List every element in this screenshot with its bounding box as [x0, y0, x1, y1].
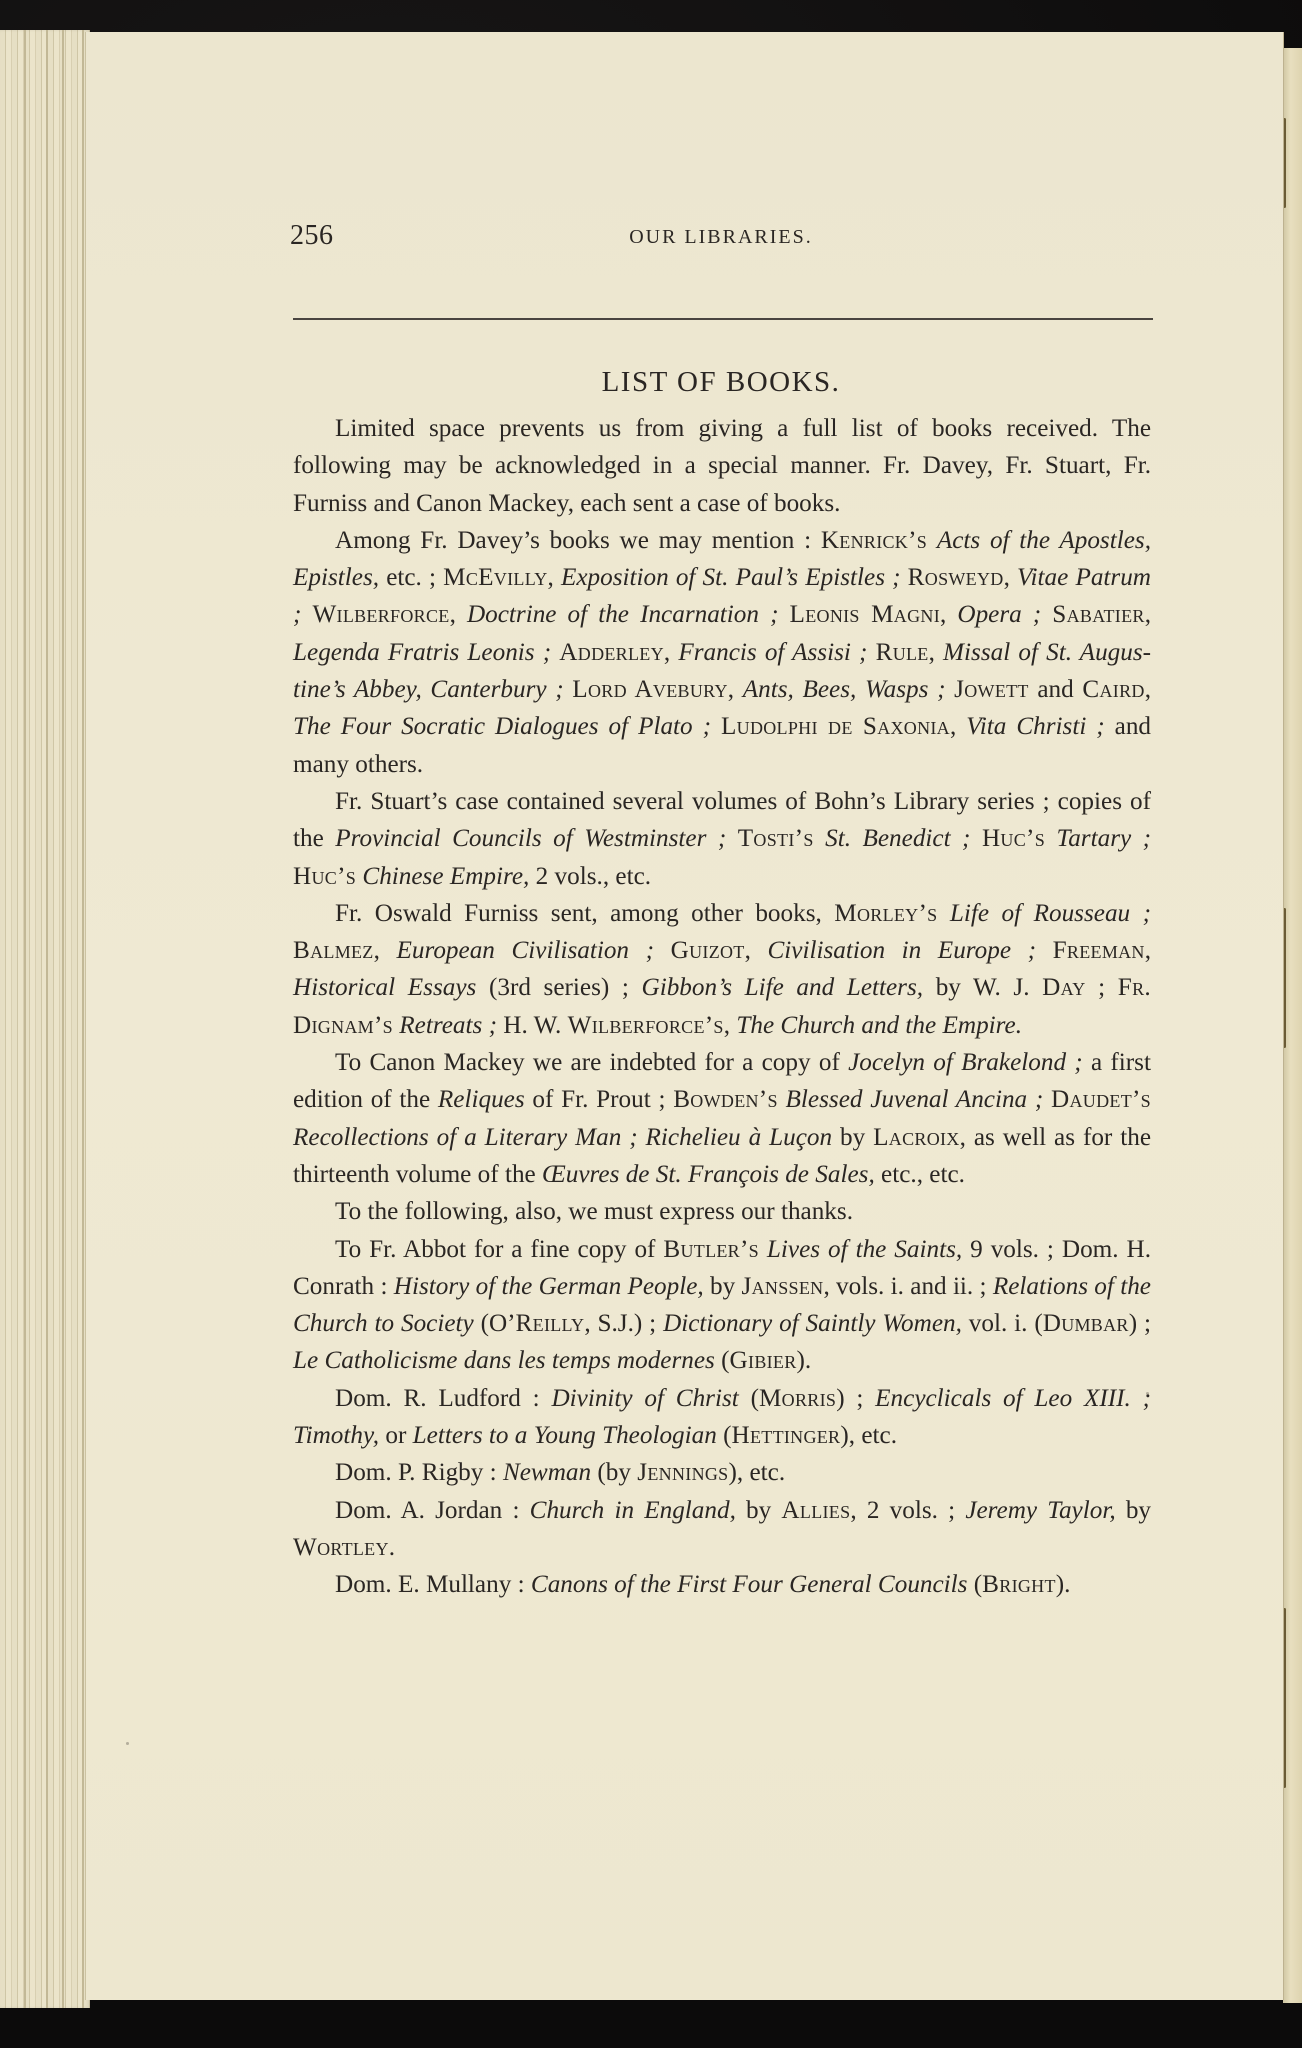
author-name: Wilberforce’s [568, 1012, 724, 1039]
book-title: The Four Socratic Dialogues of Plato ; [293, 713, 711, 740]
book-title: Retreats ; [399, 1012, 497, 1039]
text-run [927, 527, 937, 554]
text-run: ), etc. [840, 1422, 897, 1449]
text-run: , [1145, 676, 1151, 703]
book-title: Jeremy Taylor, [965, 1497, 1115, 1524]
text-run: , [374, 937, 397, 964]
book-title: Exposition of St. Paul’s Epistles ; [561, 564, 901, 591]
author-name: Hettinger [732, 1422, 841, 1449]
book-title: Reliques [438, 1086, 525, 1113]
text-run: . [389, 1534, 395, 1561]
running-head: 256 OUR LIBRARIES. [290, 220, 1152, 260]
author-name: Lacroix [873, 1124, 960, 1151]
text-run: (O’ [474, 1310, 516, 1337]
binding-mark [1283, 908, 1286, 1048]
text-run: , [950, 713, 966, 740]
text-run: , [1145, 601, 1151, 628]
text-run: , [728, 676, 743, 703]
text-run: and [1029, 676, 1083, 703]
text-run: by [1116, 1497, 1151, 1524]
text-run [814, 825, 825, 852]
author-name: Morley’s [834, 900, 937, 927]
page-edge-line [62, 30, 64, 2008]
paragraph-davey: Among Fr. Davey’s books we may mention :… [293, 522, 1151, 783]
text-run: ). [797, 1347, 812, 1374]
author-name: Allies [781, 1497, 850, 1524]
text-run: To Fr. Abbot for a fine copy of [335, 1236, 663, 1263]
text-run: Limited space prevents us from giving a … [293, 415, 1151, 517]
book-title: Ants, Bees, Wasps ; [743, 676, 946, 703]
author-name: Jennings [637, 1459, 728, 1486]
paragraph-furniss: Fr. Oswald Furniss sent, among other boo… [293, 895, 1151, 1044]
author-name: Dumbar [1043, 1310, 1129, 1337]
text-run [654, 937, 671, 964]
book-title: Civilisation in Europe ; [767, 937, 1036, 964]
text-run [1045, 825, 1056, 852]
book-title: Doctrine of the Incarnation ; [467, 601, 779, 628]
text-run: by [832, 1124, 873, 1151]
author-name: Bright [982, 1571, 1056, 1598]
author-name: Balmez [293, 937, 374, 964]
text-run: ), etc. [728, 1459, 785, 1486]
text-run [778, 601, 789, 628]
text-run [564, 676, 573, 703]
running-title: OUR LIBRARIES. [290, 226, 1152, 249]
author-name: Jowett [954, 676, 1029, 703]
book-title: Chinese Empire, [362, 863, 529, 890]
text-run: Among Fr. Davey’s books we may mention : [335, 527, 821, 554]
paragraph-thanks: To the following, also, we must express … [293, 1193, 1151, 1230]
text-run: ( [717, 1422, 732, 1449]
text-run: , vols. i. and ii. ; [823, 1273, 992, 1300]
text-run: , [1004, 564, 1017, 591]
book-title: Legenda Fratris Leonis ; [293, 639, 551, 666]
header-rule [293, 318, 1153, 320]
text-run [945, 676, 954, 703]
book-title: Le Catholi­cisme dans les temps modernes [293, 1347, 715, 1374]
text-run: , [940, 601, 957, 628]
text-run: etc. ; [379, 564, 443, 591]
text-run [711, 713, 721, 740]
text-run [1041, 601, 1052, 628]
author-name: Huc’s [982, 825, 1045, 852]
body-text: Limited space prevents us from giving a … [293, 410, 1151, 1604]
scanned-book-scene: 256 OUR LIBRARIES. LIST OF BOOKS. Limite… [0, 0, 1302, 2048]
text-run: ) ; [1129, 1310, 1151, 1337]
text-run: vol. i. ( [962, 1310, 1043, 1337]
paragraph-mackey: To Canon Mackey we are indebted for a co… [293, 1044, 1151, 1193]
text-run: ( [967, 1571, 982, 1598]
text-run: (by [591, 1459, 637, 1486]
book-title: Dictionary of Saintly Women, [663, 1310, 962, 1337]
book-title: Blessed Juvenal Ancina ; [786, 1086, 1044, 1113]
author-name: Bowden’s [673, 1086, 778, 1113]
author-name: Leonis Magni [790, 601, 940, 628]
book-title: Life of Rousseau ; [950, 900, 1151, 927]
text-run [726, 825, 737, 852]
text-run [970, 825, 981, 852]
book-title: Canons of the First Four General Council… [531, 1571, 968, 1598]
book-title: Divinity of Christ [551, 1385, 738, 1412]
text-run: , [450, 601, 467, 628]
author-name: McEvilly [443, 564, 547, 591]
book-page: 256 OUR LIBRARIES. LIST OF BOOKS. Limite… [86, 32, 1283, 2000]
paragraph-jordan: Dom. A. Jordan : Church in England, by A… [293, 1492, 1151, 1567]
book-title: Jocelyn of Brakelond ; [848, 1049, 1083, 1076]
paragraph-mullany: Dom. E. Mullany : Canons of the First Fo… [293, 1566, 1151, 1603]
paragraph-stuart: Fr. Stuart’s case contained several volu… [293, 783, 1151, 895]
text-run: , [548, 564, 561, 591]
text-run: (3rd series) ; [476, 974, 641, 1001]
author-name: Wilberforce [312, 601, 449, 628]
book-title: St. Benedict ; [825, 825, 970, 852]
binding-mark [1283, 1608, 1286, 1788]
author-name: Reilly [516, 1310, 585, 1337]
section-heading: LIST OF BOOKS. [290, 366, 1152, 399]
text-run: Dom. A. Jordan : [335, 1497, 530, 1524]
book-title: Francis of Assisi ; [678, 639, 867, 666]
text-run: ( [715, 1347, 730, 1374]
binding-mark [1283, 118, 1286, 208]
text-run: ( [739, 1385, 759, 1412]
book-title: Recollections of a Literary Man ; Richel… [293, 1124, 832, 1151]
text-run: Dom. R. Ludford : [335, 1385, 551, 1412]
text-run: ) ; [836, 1385, 875, 1412]
text-run: of Fr. Prout ; [525, 1086, 674, 1113]
author-name: Sabatier [1052, 601, 1144, 628]
book-title: The Church and the Empire. [736, 1012, 1022, 1039]
book-title: Opera ; [957, 601, 1041, 628]
text-run [759, 1236, 767, 1263]
text-run [937, 900, 949, 927]
author-name: Gibier [730, 1347, 797, 1374]
text-run: , [929, 639, 943, 666]
paragraph-intro: Limited space prevents us from giving a … [293, 410, 1151, 522]
page-edge-line [46, 30, 48, 2008]
text-run [778, 1086, 786, 1113]
text-run: , S.J.) ; [584, 1310, 663, 1337]
facing-page-edge [1283, 48, 1302, 2003]
author-name: Daudet’s [1051, 1086, 1151, 1113]
page-edge-line [24, 30, 26, 2008]
page-stack-edges [0, 30, 90, 2008]
paper-speck [1146, 1392, 1149, 1395]
text-run: or [379, 1422, 413, 1449]
text-run: To the following, also, we must express … [335, 1198, 853, 1225]
book-title: European Civilisation ; [396, 937, 654, 964]
text-run: , [724, 1012, 737, 1039]
author-name: Huc’s [293, 863, 356, 890]
author-name: Lord Avebury [572, 676, 727, 703]
book-title: Newman [503, 1459, 591, 1486]
text-run: , [1145, 937, 1151, 964]
author-name: Adderley [559, 639, 664, 666]
author-name: Ludolphi de Saxonia [721, 713, 950, 740]
text-run [1036, 937, 1053, 964]
book-title: Gibbon’s Life and Letters, [642, 974, 924, 1001]
text-run: by W. J. [923, 974, 1042, 1001]
text-run: etc., etc. [875, 1161, 965, 1188]
author-name: Caird [1082, 676, 1144, 703]
author-name: Wortley [293, 1534, 389, 1561]
text-run [901, 564, 908, 591]
book-title: History of the German People, [394, 1273, 704, 1300]
text-run [301, 601, 312, 628]
paper-speck [126, 1742, 129, 1745]
book-title: Vita Christi ; [966, 713, 1104, 740]
text-run: H. W. [497, 1012, 568, 1039]
text-run: Dom. E. Mullany : [335, 1571, 531, 1598]
book-title: Church in England, [530, 1497, 736, 1524]
text-run: by [736, 1497, 782, 1524]
text-run: , [664, 639, 678, 666]
text-run: 2 vols., etc. [529, 863, 651, 890]
author-name: Tosti’s [738, 825, 814, 852]
text-run: by [704, 1273, 742, 1300]
book-title: Historical Essays [293, 974, 476, 1001]
paragraph-abbot: To Fr. Abbot for a fine copy of Butler’s… [293, 1231, 1151, 1380]
book-title: Tartary ; [1057, 825, 1152, 852]
author-name: Guizot [671, 937, 745, 964]
text-run [867, 639, 875, 666]
text-run: , 2 vols. ; [850, 1497, 965, 1524]
book-title: Provincial Councils of Westminster ; [335, 825, 726, 852]
text-run [1043, 1086, 1051, 1113]
author-name: Rosweyd [908, 564, 1004, 591]
book-title: Lives of the Saints, [767, 1236, 962, 1263]
author-name: Day [1042, 974, 1085, 1001]
author-name: Butler’s [663, 1236, 759, 1263]
paragraph-rigby: Dom. P. Rigby : Newman (by Jennings), et… [293, 1454, 1151, 1491]
paragraph-ludford: Dom. R. Ludford : Divinity of Christ (Mo… [293, 1380, 1151, 1455]
author-name: Kenrick’s [821, 527, 927, 554]
text-run: Fr. Oswald Furniss sent, among other boo… [335, 900, 834, 927]
page-edge-line [82, 30, 84, 2008]
author-name: Janssen [742, 1273, 824, 1300]
text-run: To Canon Mackey we are indebted for a co… [335, 1049, 848, 1076]
author-name: Rule [876, 639, 929, 666]
text-run: , [745, 937, 768, 964]
book-title: Œuvres de St. François de Sales, [542, 1161, 875, 1188]
author-name: Morris [759, 1385, 836, 1412]
text-run: ). [1056, 1571, 1071, 1598]
author-name: Freeman [1053, 937, 1145, 964]
text-run: ; [1086, 974, 1118, 1001]
book-title: Letters to a Young Theologian [413, 1422, 717, 1449]
text-run: Dom. P. Rigby : [335, 1459, 503, 1486]
